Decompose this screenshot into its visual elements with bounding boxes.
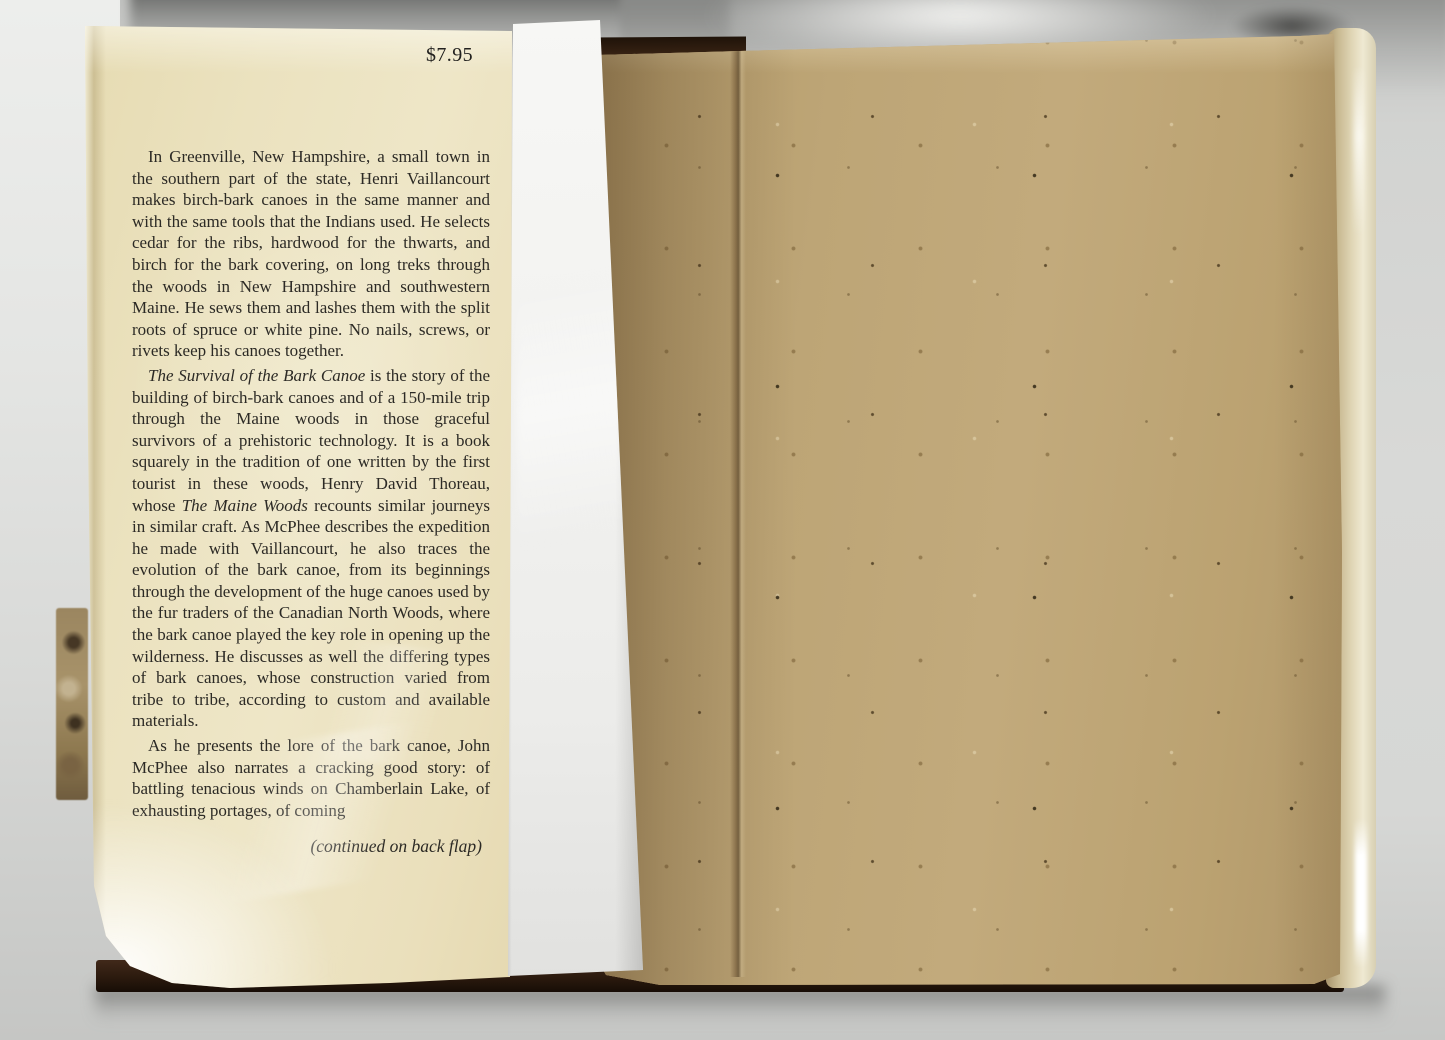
dust-jacket-front-flap: $7.95 In Greenville, New Hampshire, a sm…: [80, 18, 514, 994]
flap-paragraph-1: In Greenville, New Hampshire, a small to…: [132, 146, 490, 362]
endpaper-page: [596, 33, 1344, 988]
cover-art-sliver: [56, 608, 88, 800]
endpaper-fold-crease: [730, 43, 746, 977]
flap-price: $7.95: [426, 44, 473, 67]
fore-edge-glare-bottom: [1355, 818, 1367, 968]
paper-strip-sheen: [516, 198, 626, 618]
photo-stage: $7.95 In Greenville, New Hampshire, a sm…: [0, 0, 1445, 1040]
endpaper-right-shade: [1274, 33, 1344, 988]
fore-edge-glare-top: [1354, 68, 1364, 238]
